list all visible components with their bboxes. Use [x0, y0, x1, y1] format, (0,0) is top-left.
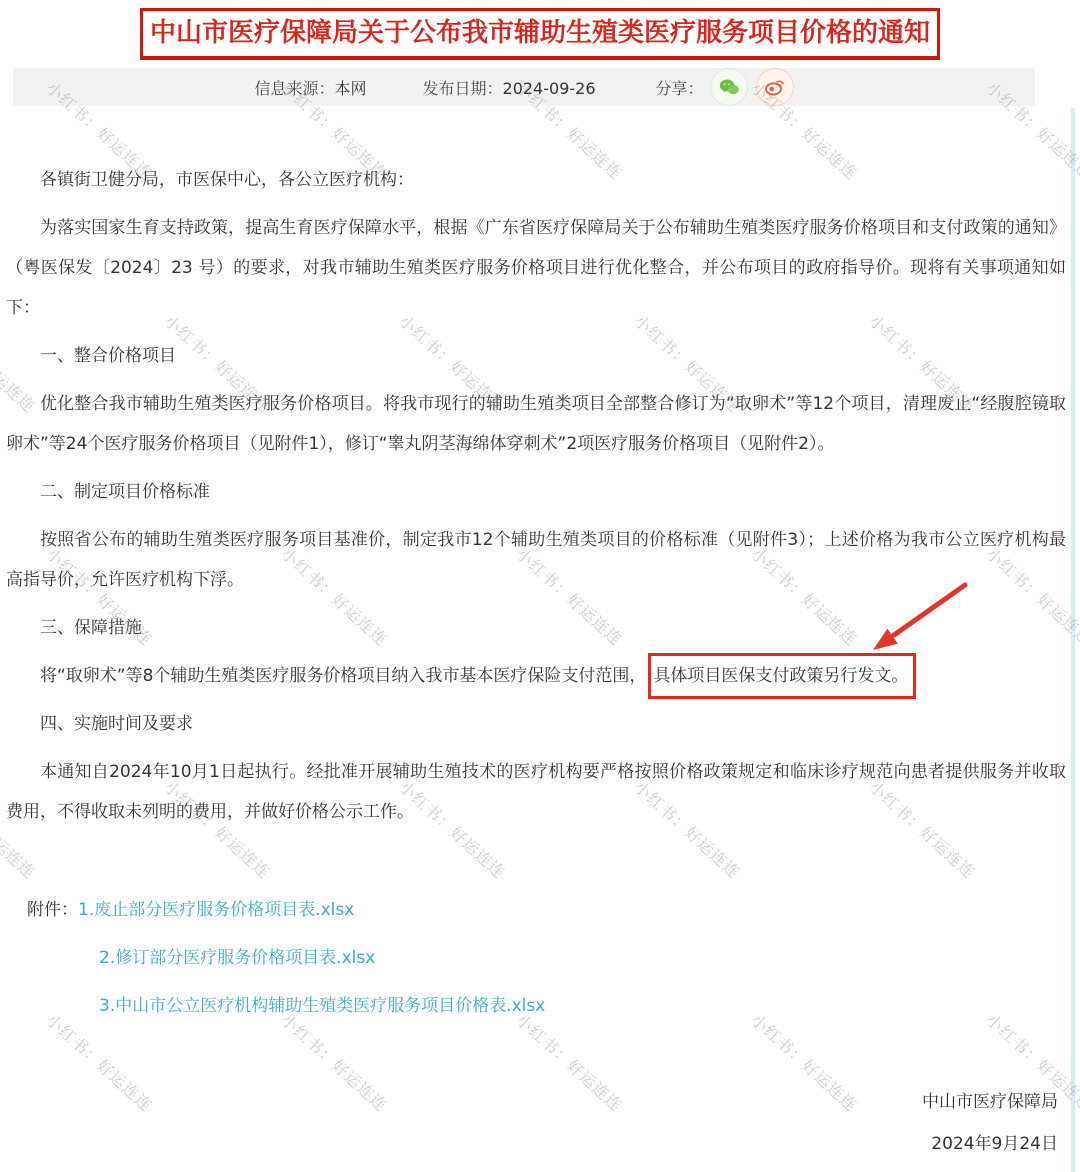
notice-body: 各镇街卫健分局，市医保中心，各公立医疗机构： 为落实国家生育支持政策，提高生育医… — [0, 106, 1080, 832]
wechat-icon — [717, 75, 741, 99]
attachment-row: 2.修订部分医疗服务价格项目表.xlsx — [0, 938, 1080, 978]
section-1-heading: 一、整合价格项目 — [6, 336, 1066, 376]
section-3-paragraph: 将“取卵术”等8个辅助生殖类医疗服务价格项目纳入我市基本医疗保险支付范围，具体项… — [6, 656, 1066, 696]
info-source-value: 本网 — [334, 79, 366, 98]
info-source-label: 信息来源： — [254, 79, 334, 98]
attachment-row: 3.中山市公立医疗机构辅助生殖类医疗服务项目价格表.xlsx — [0, 986, 1080, 1026]
notice-page: 小红书：好运连连小红书：好运连连小红书：好运连连小红书：好运连连小红书：好运连连… — [0, 0, 1080, 1172]
page-title: 中山市医疗保障局关于公布我市辅助生殖类医疗服务项目价格的通知 — [140, 8, 940, 60]
section-2-heading: 二、制定项目价格标准 — [6, 472, 1066, 512]
section-4-paragraph: 本通知自2024年10月1日起执行。经批准开展辅助生殖技术的医疗机构要严格按照价… — [6, 752, 1066, 832]
attachment-link-2[interactable]: 2.修订部分医疗服务价格项目表.xlsx — [99, 948, 375, 968]
info-source: 信息来源：本网 — [254, 76, 366, 99]
section-1-paragraph: 优化整合我市辅助生殖类医疗服务价格项目。将我市现行的辅助生殖类项目全部整合修订为… — [6, 384, 1066, 464]
meta-bar: 信息来源：本网 发布日期：2024-09-26 分享： — [13, 68, 1035, 106]
signature-block: 中山市医疗保障局 2024年9月24日 — [0, 1082, 1080, 1164]
publish-date-label: 发布日期： — [423, 79, 503, 98]
attachment-row: 附件：1.废止部分医疗服务价格项目表.xlsx — [0, 890, 1080, 930]
section-4-heading: 四、实施时间及要求 — [6, 704, 1066, 744]
signature-date: 2024年9月24日 — [0, 1124, 1058, 1164]
section-2-paragraph: 按照省公布的辅助生殖类医疗服务项目基准价，制定我市12个辅助生殖类项目的价格标准… — [6, 520, 1066, 600]
attachment-link-3[interactable]: 3.中山市公立医疗机构辅助生殖类医疗服务项目价格表.xlsx — [99, 996, 545, 1016]
publish-date-value: 2024-09-26 — [503, 79, 596, 98]
attachments-block: 附件：1.废止部分医疗服务价格项目表.xlsx 2.修订部分医疗服务价格项目表.… — [0, 890, 1080, 1026]
weibo-share-button[interactable] — [756, 68, 794, 106]
attachments-label: 附件： — [27, 900, 78, 920]
wechat-share-button[interactable] — [710, 68, 748, 106]
share-icons — [710, 68, 794, 106]
intro-paragraph: 为落实国家生育支持政策，提高生育医疗保障水平，根据《广东省医疗保障局关于公布辅助… — [6, 208, 1066, 328]
attachment-link-1[interactable]: 1.废止部分医疗服务价格项目表.xlsx — [78, 900, 354, 920]
weibo-icon — [763, 75, 787, 99]
salutation: 各镇街卫健分局，市医保中心，各公立医疗机构： — [6, 160, 1066, 200]
highlight-box: 具体项目医保支付政策另行发文。 — [648, 653, 916, 699]
section-3-text: 将“取卵术”等8个辅助生殖类医疗服务价格项目纳入我市基本医疗保险支付范围， — [40, 666, 646, 686]
publish-date: 发布日期：2024-09-26 — [423, 76, 596, 99]
share-label: 分享： — [656, 76, 704, 99]
section-3-heading: 三、保障措施 — [6, 608, 1066, 648]
signature-org: 中山市医疗保障局 — [0, 1082, 1058, 1122]
